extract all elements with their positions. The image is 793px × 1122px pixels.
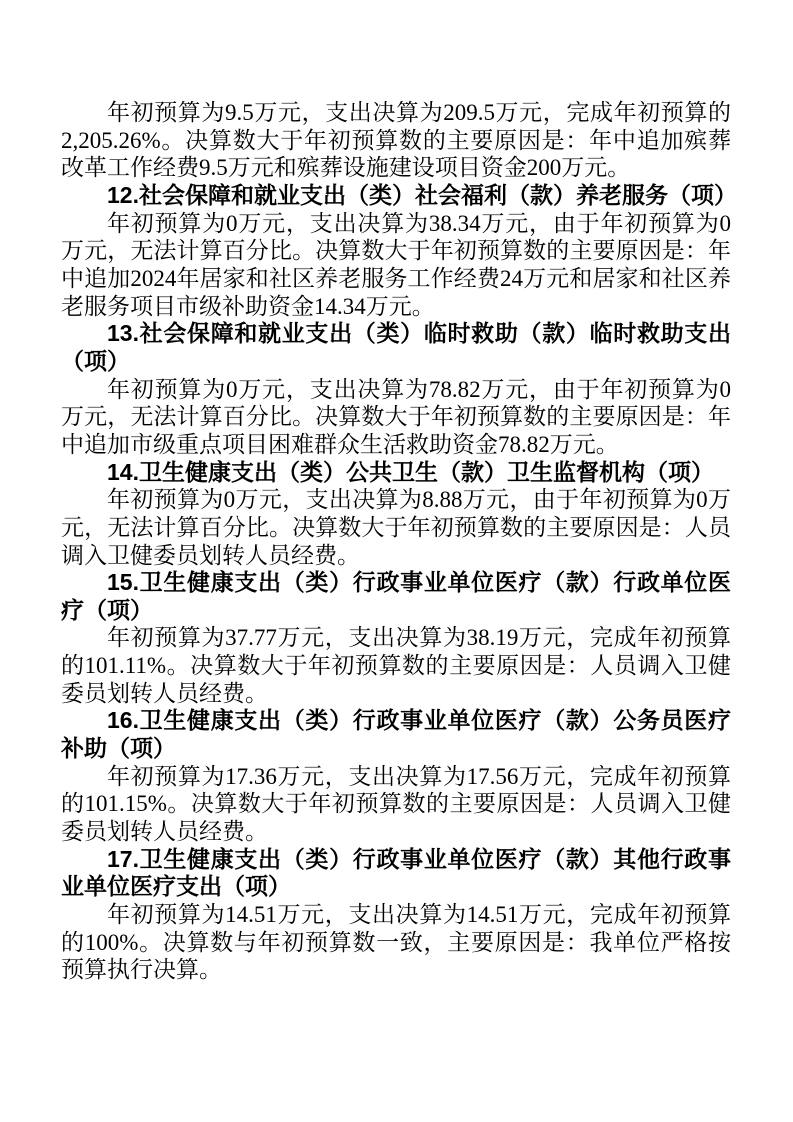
section-heading: 13.社会保障和就业支出（类）临时救助（款）临时救助支出（项） (61, 320, 731, 375)
body-paragraph: 年初预算为17.36万元，支出决算为17.56万元，完成年初预算的101.15%… (61, 763, 731, 846)
section-heading: 15.卫生健康支出（类）行政事业单位医疗（款）行政单位医疗（项） (61, 569, 731, 624)
document-content: 年初预算为9.5万元，支出决算为209.5万元，完成年初预算的2,205.26%… (61, 99, 731, 984)
document-body: { "page": { "background_color": "#ffffff… (0, 0, 793, 1122)
body-paragraph: 年初预算为14.51万元，支出决算为14.51万元，完成年初预算的100%。决算… (61, 901, 731, 984)
section-heading: 16.卫生健康支出（类）行政事业单位医疗（款）公务员医疗补助（项） (61, 707, 731, 762)
section-heading: 12.社会保障和就业支出（类）社会福利（款）养老服务（项） (61, 182, 731, 210)
body-paragraph: 年初预算为0万元，支出决算为78.82万元，由于年初预算为0万元，无法计算百分比… (61, 376, 731, 459)
document-page: 年初预算为9.5万元，支出决算为209.5万元，完成年初预算的2,205.26%… (0, 0, 793, 1122)
body-paragraph: 年初预算为0万元，支出决算为38.34万元，由于年初预算为0万元，无法计算百分比… (61, 210, 731, 321)
body-paragraph: 年初预算为0万元，支出决算为8.88万元，由于年初预算为0万元，无法计算百分比。… (61, 486, 731, 569)
section-heading: 14.卫生健康支出（类）公共卫生（款）卫生监督机构（项） (61, 459, 731, 487)
body-paragraph: 年初预算为9.5万元，支出决算为209.5万元，完成年初预算的2,205.26%… (61, 99, 731, 182)
section-heading: 17.卫生健康支出（类）行政事业单位医疗（款）其他行政事业单位医疗支出（项） (61, 846, 731, 901)
body-paragraph: 年初预算为37.77万元，支出决算为38.19万元，完成年初预算的101.11%… (61, 624, 731, 707)
